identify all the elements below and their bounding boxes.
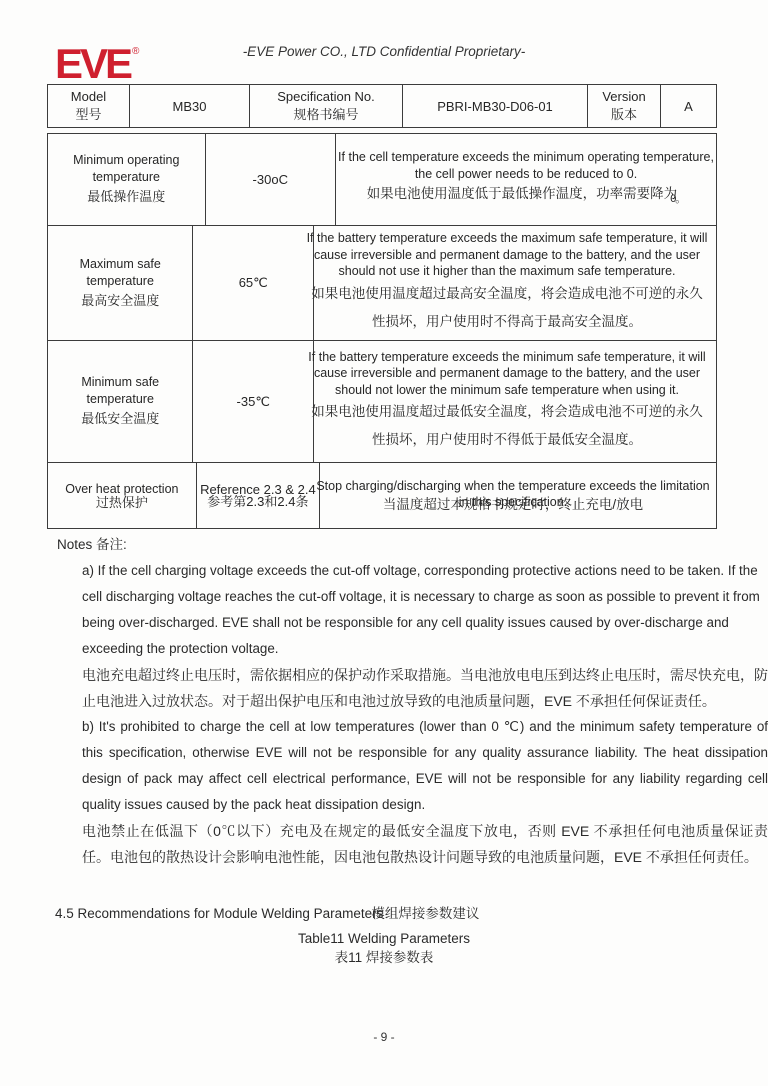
row-desc: If the cell temperature exceeds the mini… — [336, 149, 716, 210]
model-value-cell: MB30 — [130, 85, 250, 127]
row-desc-en: If the battery temperature exceeds the m… — [306, 349, 708, 399]
row-value-cell: 65℃ — [193, 226, 314, 340]
model-value: MB30 — [173, 98, 207, 115]
row-name-en: Over heat protection — [59, 482, 185, 496]
table-row: Minimum safe temperature 最低安全温度 -35℃ If … — [48, 341, 716, 463]
table-row: Over heat protection 过热保护 Reference 2.3 … — [48, 463, 716, 528]
row-name-en: Minimum operating temperature — [63, 152, 189, 186]
version-label-en: Version — [602, 88, 645, 105]
spec-value: PBRI-MB30-D06-01 — [437, 98, 553, 115]
table11-caption-en: Table11 Welding Parameters — [0, 929, 768, 948]
info-table-row: Model 型号 MB30 Specification No. 规格书编号 PB… — [48, 85, 716, 127]
table11-caption: Table11 Welding Parameters 表11 焊接参数表 — [0, 929, 768, 967]
row-name-cell: Over heat protection 过热保护 — [48, 463, 197, 528]
model-label-zh: 型号 — [75, 105, 101, 124]
row-desc-en: If the cell temperature exceeds the mini… — [336, 149, 716, 182]
row-name-en: Maximum safe temperature — [57, 256, 183, 290]
row-name-zh: 最高安全温度 — [81, 290, 159, 311]
row-desc: If the battery temperature exceeds the m… — [306, 349, 708, 455]
overlapped-zero: 0。 — [670, 193, 685, 205]
row-value: -30oC — [253, 172, 288, 188]
version-label-zh: 版本 — [611, 105, 637, 124]
row-desc-zh: 如果电池使用温度超过最低安全温度，将会造成电池不可逆的永久性损坏，用户使用时不得… — [306, 398, 708, 454]
note-a-en: a) If the cell charging voltage exceeds … — [82, 558, 768, 662]
row-desc-cell: If the cell temperature exceeds the mini… — [336, 134, 716, 225]
row-desc: Stop charging/discharging when the tempe… — [315, 478, 711, 514]
row-name-cell: Minimum operating temperature 最低操作温度 — [48, 134, 206, 225]
temperature-table: Minimum operating temperature 最低操作温度 -30… — [47, 133, 717, 529]
version-label-cell: Version 版本 — [588, 85, 661, 127]
table11-caption-zh: 表11 焊接参数表 — [0, 948, 768, 967]
version-value: A — [684, 98, 693, 115]
row-desc-zh: 当温度超过本规格书规定时，终止充电/放电 — [315, 496, 711, 514]
section-heading: 4.5 Recommendations for Module Welding P… — [55, 902, 479, 922]
notes-title: Notes 备注: — [57, 531, 768, 558]
note-a-zh: 电池充电超过终止电压时，需依据相应的保护动作采取措施。当电池放电电压到达终止电压… — [82, 662, 768, 714]
model-label-cell: Model 型号 — [48, 85, 130, 127]
row-value-cell: -35℃ — [193, 341, 314, 462]
page-number: - 9 - — [0, 1030, 768, 1044]
confidential-header: -EVE Power CO., LTD Confidential Proprie… — [0, 44, 768, 59]
row-value: -35℃ — [237, 394, 270, 410]
row-desc-zh: 如果电池使用温度超过最高安全温度，将会造成电池不可逆的永久性损坏，用户使用时不得… — [306, 280, 708, 336]
spec-value-cell: PBRI-MB30-D06-01 — [403, 85, 588, 127]
notes-section: Notes 备注: a) If the cell charging voltag… — [57, 531, 768, 870]
model-label-en: Model — [71, 88, 106, 105]
note-b-zh: 电池禁止在低温下（0℃以下）充电及在规定的最低安全温度下放电，否则 EVE 不承… — [82, 818, 768, 870]
spec-label-en: Specification No. — [277, 88, 375, 105]
row-desc-en: If the battery temperature exceeds the m… — [306, 230, 708, 280]
row-name-cell: Minimum safe temperature 最低安全温度 — [48, 341, 193, 462]
row-value: 65℃ — [239, 275, 268, 291]
spec-label-zh: 规格书编号 — [293, 105, 358, 124]
row-value-zh: 参考第2.3和2.4条 — [207, 495, 308, 509]
section-heading-zh: 模组焊接参数建议 — [371, 906, 479, 921]
document-page: EVE® -EVE Power CO., LTD Confidential Pr… — [0, 0, 768, 1086]
row-name-cell: Maximum safe temperature 最高安全温度 — [48, 226, 193, 340]
spec-label-cell: Specification No. 规格书编号 — [250, 85, 403, 127]
row-value-cell: -30oC — [206, 134, 336, 225]
row-name-en: Minimum safe temperature — [57, 374, 183, 408]
row-desc-cell: Stop charging/discharging when the tempe… — [320, 463, 716, 528]
version-value-cell: A — [661, 85, 716, 127]
row-value-cell: Reference 2.3 & 2.4 参考第2.3和2.4条 — [197, 463, 320, 528]
row-name-zh: 最低操作温度 — [87, 186, 165, 207]
section-heading-en: 4.5 Recommendations for Module Welding P… — [55, 906, 383, 921]
note-b-en: b) It's prohibited to charge the cell at… — [82, 714, 768, 818]
row-desc-zh: 如果电池使用温度低于最低操作温度，功率需要降为0。 — [336, 183, 716, 210]
row-desc-cell: If the battery temperature exceeds the m… — [314, 226, 716, 340]
row-desc-cell: If the battery temperature exceeds the m… — [314, 341, 716, 462]
table-row: Maximum safe temperature 最高安全温度 65℃ If t… — [48, 226, 716, 341]
row-desc: If the battery temperature exceeds the m… — [306, 230, 708, 336]
table-row: Minimum operating temperature 最低操作温度 -30… — [48, 134, 716, 226]
row-name-zh: 过热保护 — [96, 495, 148, 510]
row-name-zh: 最低安全温度 — [81, 408, 159, 429]
info-table: Model 型号 MB30 Specification No. 规格书编号 PB… — [47, 84, 717, 128]
